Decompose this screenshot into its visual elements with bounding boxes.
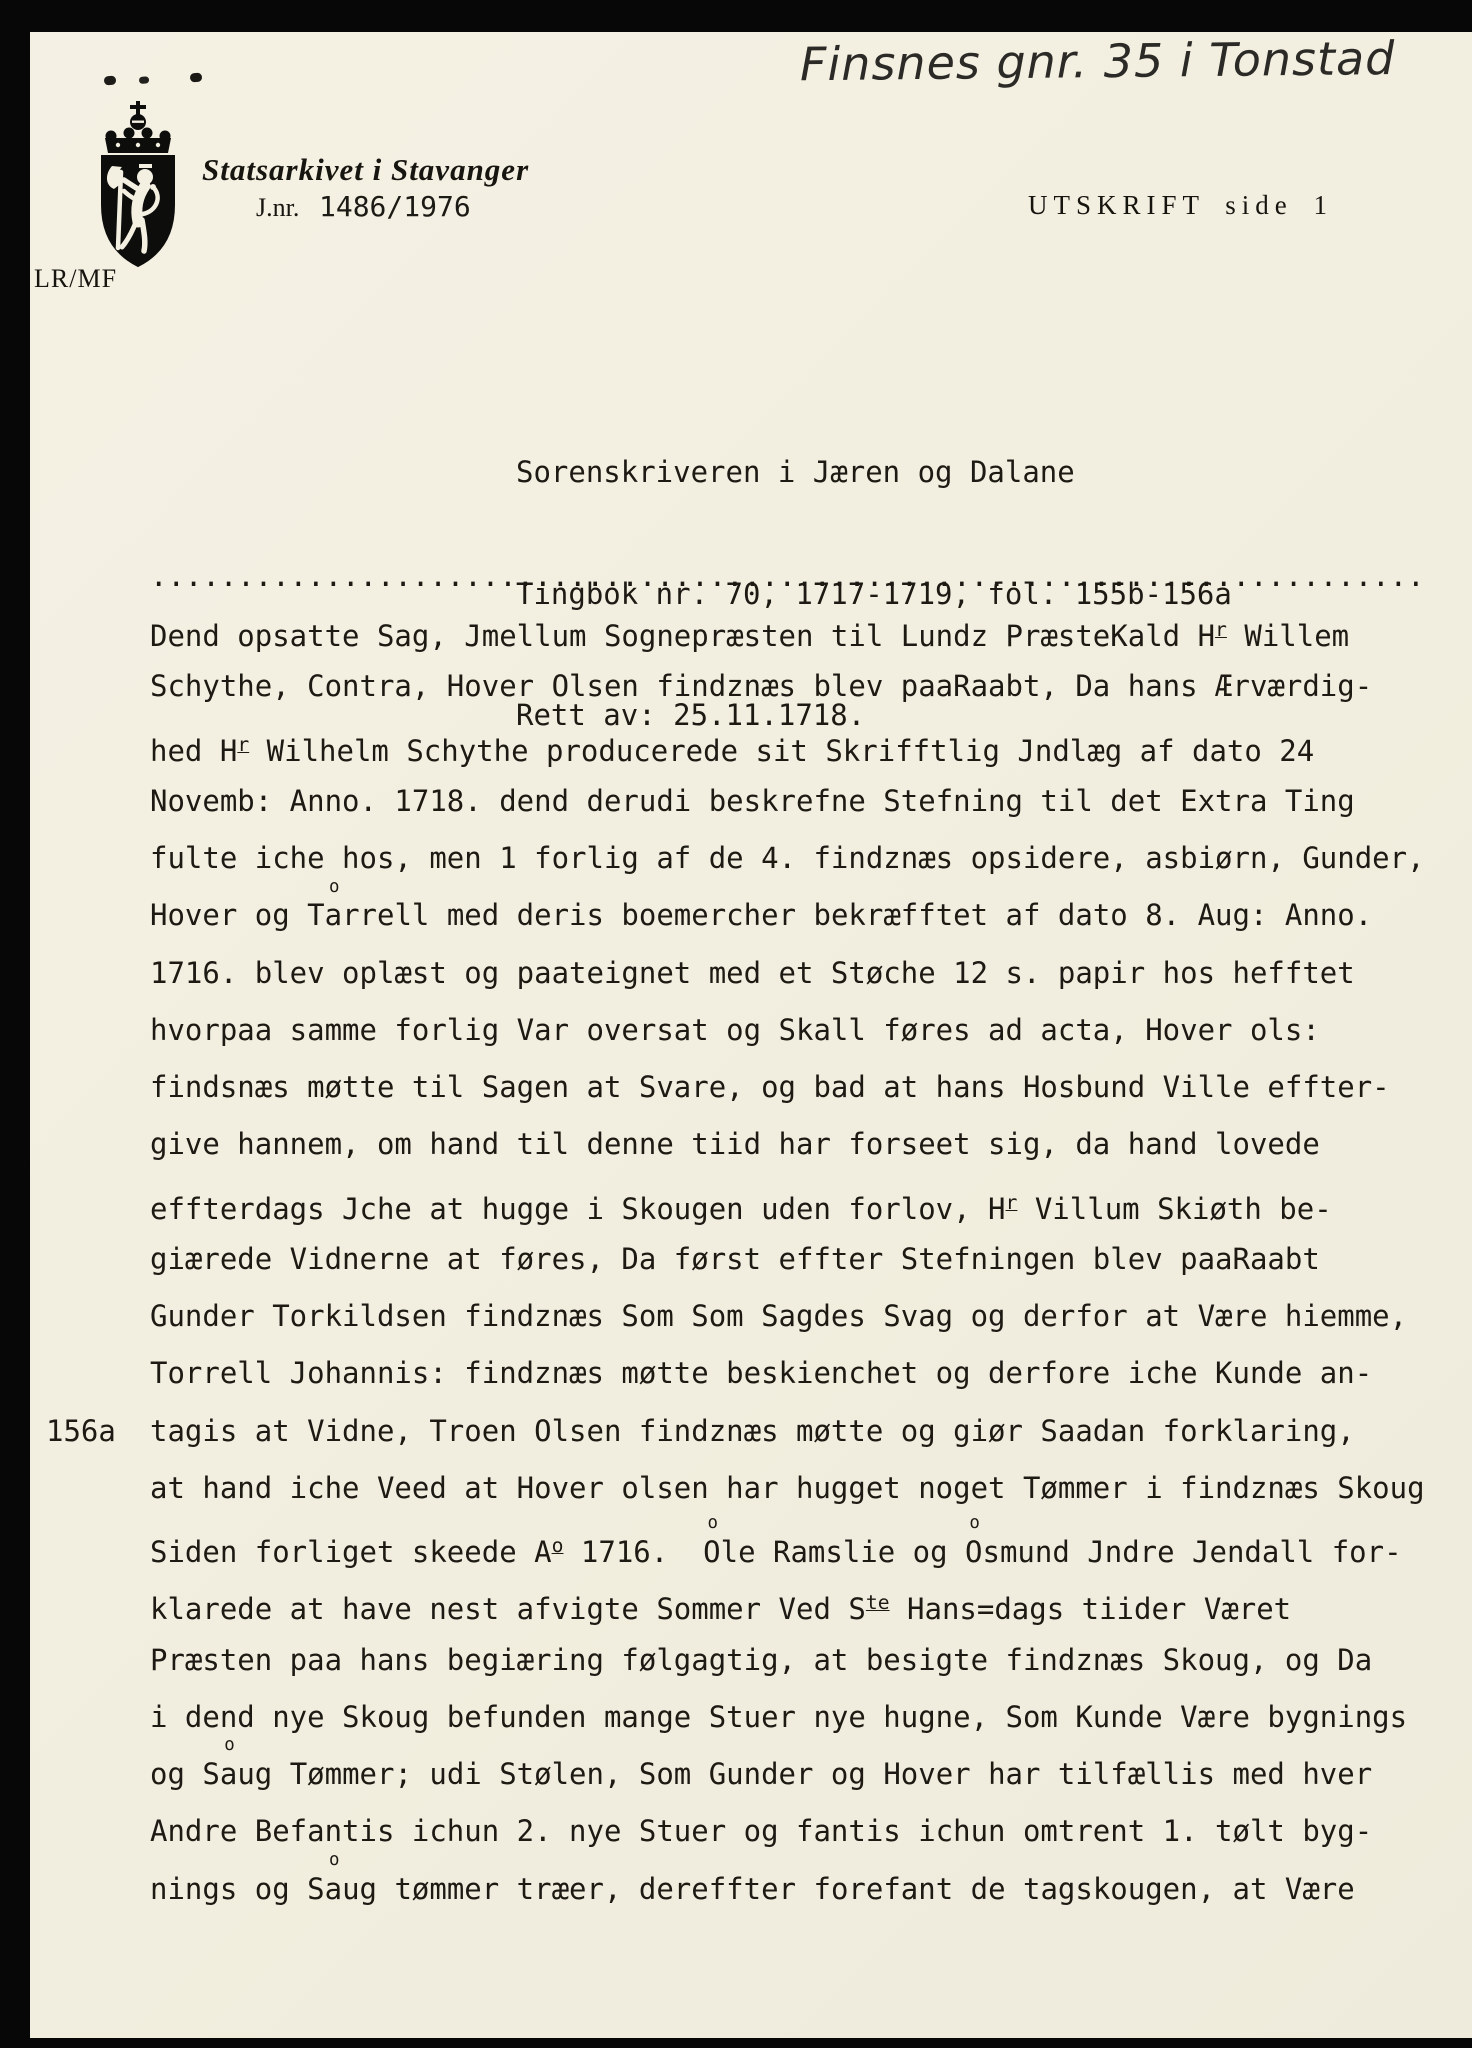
overstruck-letter: O bbox=[965, 1524, 982, 1581]
case-header-court: Sorenskriveren i Jæren og Dalane bbox=[516, 446, 1232, 500]
typewritten-line: Andre Befantis ichun 2. nye Stuer og fan… bbox=[150, 1803, 1425, 1860]
overstruck-letter: O bbox=[703, 1524, 720, 1581]
scan-border-left bbox=[0, 0, 30, 2048]
typewritten-line: findsnæs møtte til Sagen at Svare, og ba… bbox=[150, 1059, 1425, 1116]
superscript-abbreviation: o bbox=[552, 1534, 564, 1557]
clerk-initials: LR/MF bbox=[34, 264, 117, 294]
typewritten-line: hed Hr Wilhelm Schythe producerede sit S… bbox=[150, 716, 1425, 773]
typewritten-line: Gunder Torkildsen findznæs Som Som Sagde… bbox=[150, 1288, 1425, 1345]
typewritten-line: Siden forliget skeede Ao 1716. Ole Ramsl… bbox=[150, 1517, 1425, 1574]
journal-number: J.nr. 1486/1976 bbox=[256, 190, 471, 223]
typewritten-line: og Saug Tømmer; udi Stølen, Som Gunder o… bbox=[150, 1746, 1425, 1803]
typewritten-line: Præsten paa hans begiæring følgagtig, at… bbox=[150, 1632, 1425, 1689]
typewritten-line: Dend opsatte Sag, Jmellum Sognepræsten t… bbox=[150, 601, 1425, 658]
scan-border-top bbox=[0, 0, 1472, 32]
transcript-label: UTSKRIFT side bbox=[1028, 190, 1293, 220]
scanned-page: Finsnes gnr. 35 i Tonstad bbox=[0, 0, 1472, 2048]
typewritten-line: nings og Saug tømmer træer, dereffter fo… bbox=[150, 1861, 1425, 1918]
superscript-abbreviation: r bbox=[1006, 1191, 1018, 1214]
transcript-page-number: 1 bbox=[1314, 190, 1334, 220]
folio-margin-note: 156a bbox=[46, 1403, 116, 1460]
archive-name: Statsarkivet i Stavanger bbox=[202, 152, 529, 188]
pen-marks bbox=[104, 76, 117, 86]
handwritten-annotation: Finsnes gnr. 35 i Tonstad bbox=[800, 31, 1421, 91]
typewritten-line: Novemb: Anno. 1718. dend derudi beskrefn… bbox=[150, 773, 1425, 830]
transcript-page-header: UTSKRIFT side 1 bbox=[1028, 190, 1333, 221]
superscript-abbreviation: r bbox=[1215, 618, 1227, 641]
overstruck-letter: a bbox=[220, 1746, 237, 1803]
typewritten-line: effterdags Jche at hugge i Skougen uden … bbox=[150, 1174, 1425, 1231]
typewritten-line: give hannem, om hand til denne tiid har … bbox=[150, 1116, 1425, 1173]
typewritten-line: giærede Vidnerne at føres, Da først efft… bbox=[150, 1231, 1425, 1288]
typewritten-line: i dend nye Skoug befunden mange Stuer ny… bbox=[150, 1689, 1425, 1746]
norwegian-lion-coat-of-arms-icon bbox=[88, 100, 188, 275]
typewritten-line: Torrell Johannis: findznæs møtte beskien… bbox=[150, 1345, 1425, 1402]
dotted-divider: ........................................… bbox=[150, 548, 1425, 605]
typewritten-line: hvorpaa samme forlig Var oversat og Skal… bbox=[150, 1002, 1425, 1059]
overstruck-letter: a bbox=[325, 887, 342, 944]
typewritten-line: klarede at have nest afvigte Sommer Ved … bbox=[150, 1574, 1425, 1631]
typewritten-line: Schythe, Contra, Hover Olsen findznæs bl… bbox=[150, 658, 1425, 715]
journal-number-label: J.nr. bbox=[256, 193, 299, 222]
typewritten-line: Hover og Tarrell med deris boemercher be… bbox=[150, 887, 1425, 944]
superscript-abbreviation: te bbox=[866, 1591, 890, 1614]
transcript-body: Dend opsatte Sag, Jmellum Sognepræsten t… bbox=[150, 601, 1425, 1918]
typewritten-line: 1716. blev oplæst og paateignet med et S… bbox=[150, 945, 1425, 1002]
typewritten-line: 156atagis at Vidne, Troen Olsen findznæs… bbox=[150, 1403, 1425, 1460]
superscript-abbreviation: r bbox=[237, 733, 249, 756]
journal-number-value: 1486/1976 bbox=[319, 190, 471, 223]
overstruck-letter: a bbox=[325, 1861, 342, 1918]
scan-border-bottom bbox=[0, 2038, 1472, 2048]
typewritten-line: fulte iche hos, men 1 forlig af de 4. fi… bbox=[150, 830, 1425, 887]
typewritten-line: at hand iche Veed at Hover olsen har hug… bbox=[150, 1460, 1425, 1517]
